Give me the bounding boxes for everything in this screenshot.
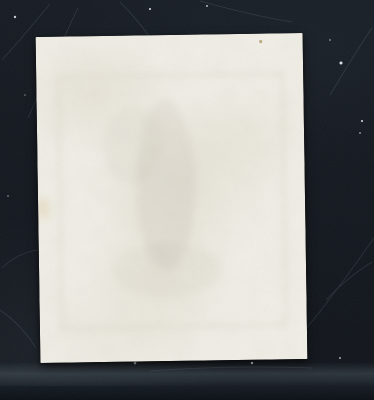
paper-grain [36,33,308,363]
tan-speck [259,40,262,43]
bottom-shadow-strip [0,386,374,400]
stamp-back [36,33,308,363]
photo-scene [0,0,374,400]
design-show-through [58,73,286,328]
paper-mottle [36,33,308,363]
stamp-paper-texture [36,33,308,363]
shelf-edge-band [0,362,374,388]
warm-patch [36,198,50,220]
